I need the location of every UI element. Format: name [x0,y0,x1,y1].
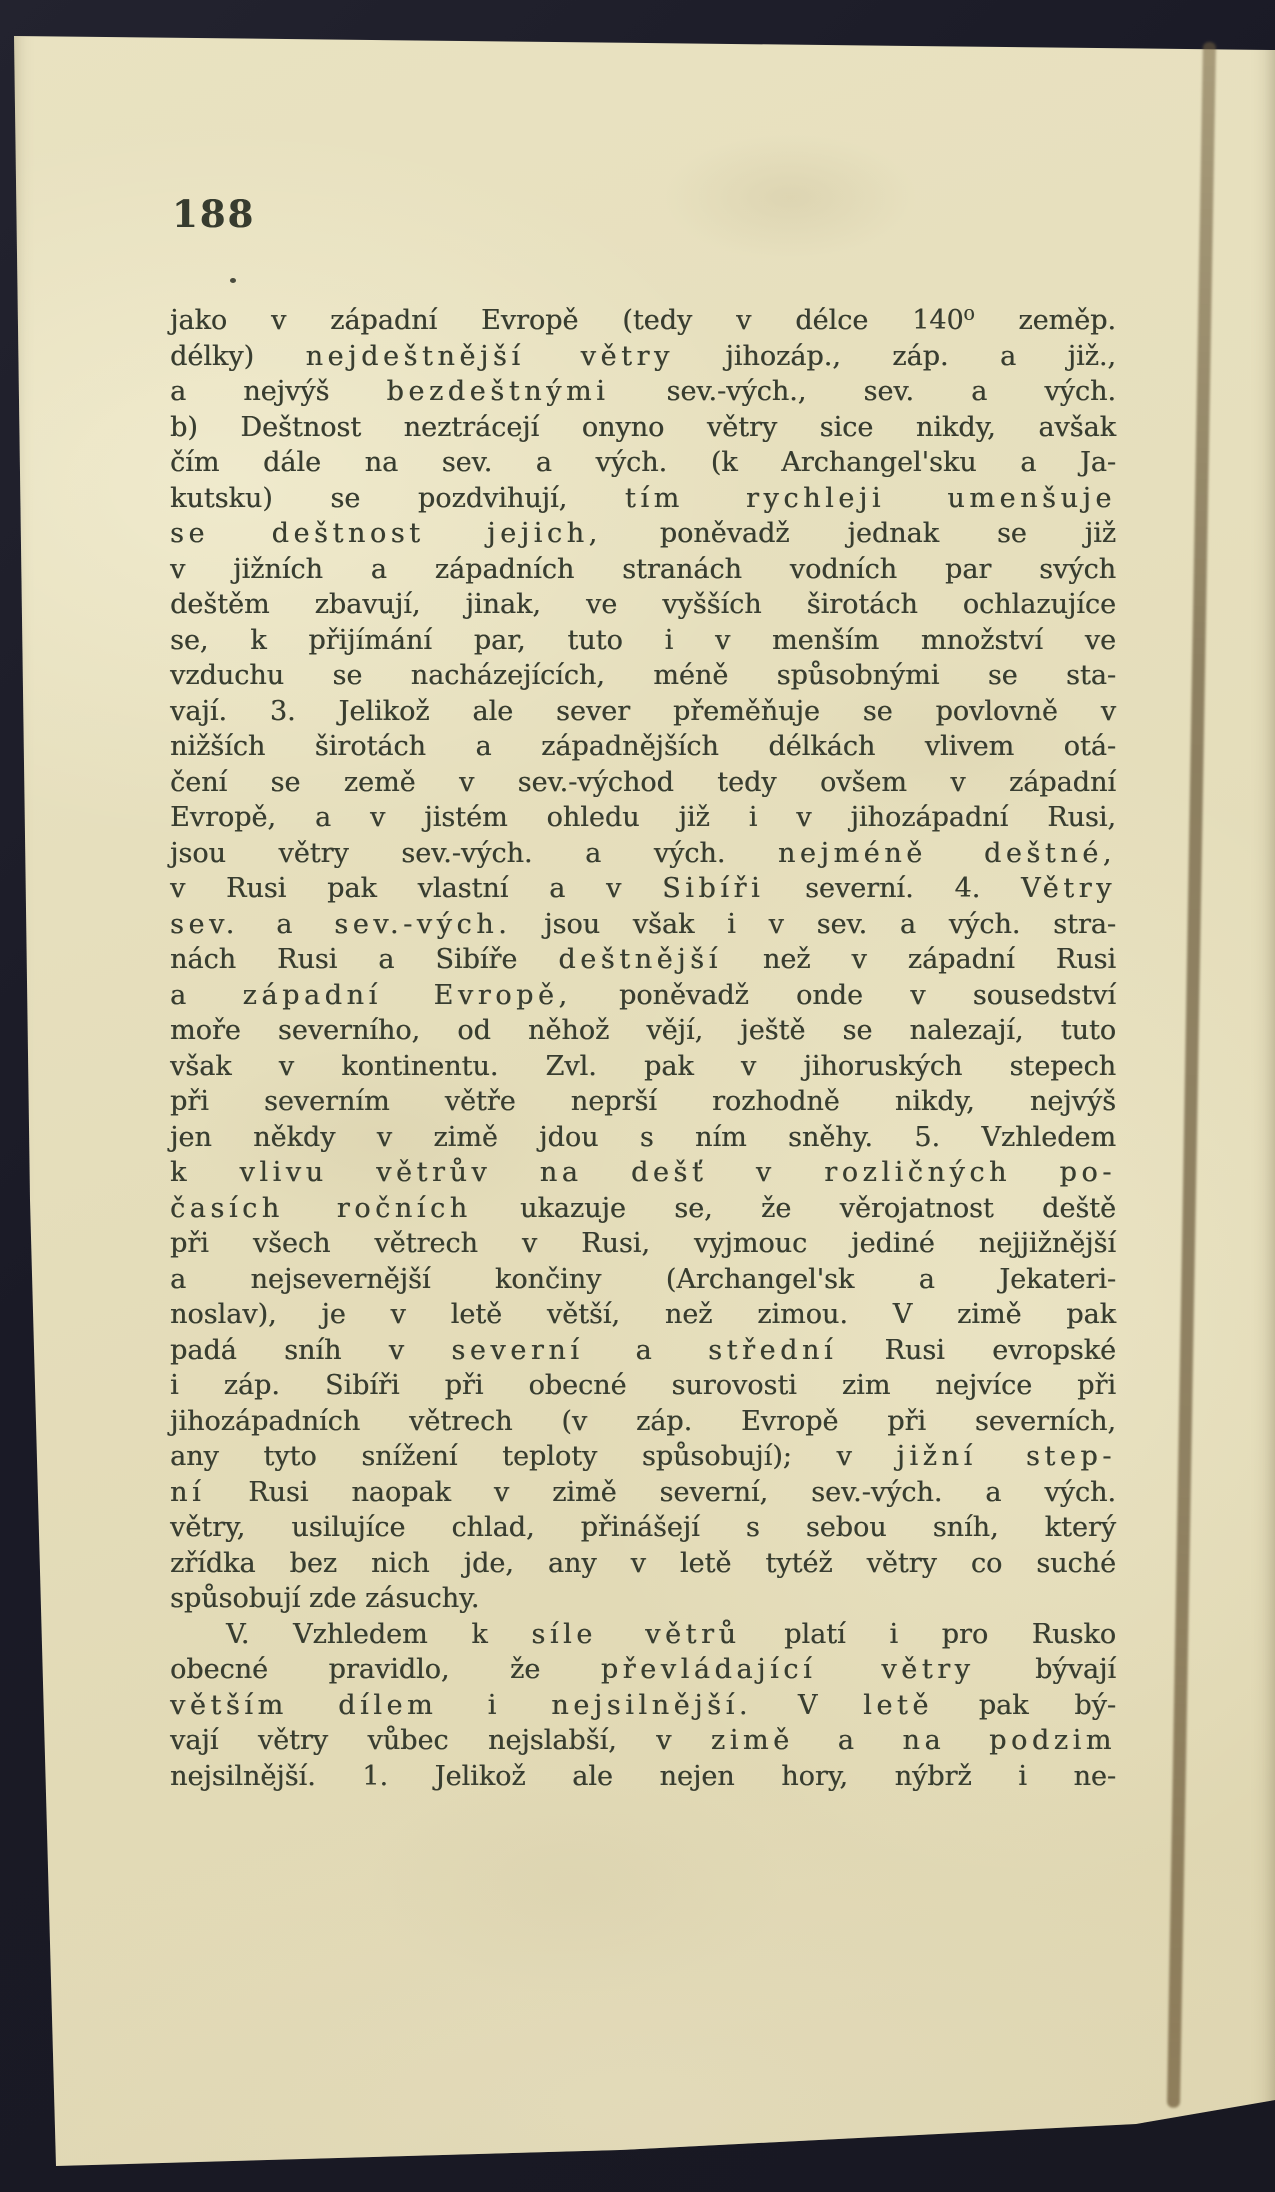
text-line: vají. 3. Jelikož ale sever přeměňuje se … [170,694,1116,730]
scanned-book-spread: 188 jako v západní Evropě (tedy v délce … [0,0,1275,2192]
plain-text: jsou však i v sev. a vých. stra- [511,909,1116,940]
text-line: jihozápadních větrech (v záp. Evropě při… [170,1404,1116,1440]
text-line: větším dílem i nejsilnější. V letě pak b… [170,1688,1116,1724]
spaced-emphasis: větším dílem i nejsilnější. [170,1690,752,1721]
plain-text: čím dále na sev. a vých. (k Archangel'sk… [170,447,1116,478]
text-line: čím dále na sev. a vých. (k Archangel'sk… [170,445,1116,481]
text-line: délky) nejdeštnější větry jihozáp., záp.… [170,339,1116,375]
text-line: k vlivu větrův na dešť v rozličných po- [170,1155,1116,1191]
text-line: deštěm zbavují, jinak, ve vyšších širotá… [170,587,1116,623]
text-line: v Rusi pak vlastní a v Sibíři severní. 4… [170,871,1116,907]
page-number: 188 [172,192,255,236]
text-line: padá sníh v severní a střední Rusi evrop… [170,1333,1116,1369]
text-line: vzduchu se nacházejících, méně spůsobným… [170,658,1116,694]
plain-text: pak bý- [933,1690,1116,1721]
spaced-emphasis: ní [170,1477,205,1508]
text-line: b) Deštnost neztrácejí onyno větry sice … [170,410,1116,446]
text-line: kutsku) se pozdvihují, tím rychleji umen… [170,481,1116,517]
plain-text: Evropě, a v jistém ohledu již i v jihozá… [170,802,1116,833]
spaced-emphasis: deštnější [558,944,722,975]
plain-text: než v západní Rusi [722,944,1116,975]
plain-text: nách Rusi a Sibíře [170,944,558,975]
plain-text: však v kontinentu. Zvl. pak v jihoruskýc… [170,1051,1116,1082]
text-line: jsou větry sev.-vých. a vých. nejméně de… [170,836,1116,872]
plain-text: moře severního, od něhož vějí, ještě se … [170,1015,1116,1046]
plain-text: obecné pravidlo, že [170,1654,601,1685]
spaced-emphasis: časích ročních [170,1193,472,1224]
text-line: nižších širotách a západnějších délkách … [170,729,1116,765]
plain-text: V [752,1690,863,1721]
text-line: při severním větře neprší rozhodně nikdy… [170,1084,1116,1120]
plain-text: deštěm zbavují, jinak, ve vyšších širotá… [170,589,1116,620]
plain-text: i záp. Sibíři při obecné surovosti zim n… [170,1370,1116,1401]
spaced-emphasis: Větry [1021,873,1116,904]
text-line: i záp. Sibíři při obecné surovosti zim n… [170,1368,1116,1404]
text-line: sev. a sev.-vých. jsou však i v sev. a v… [170,907,1116,943]
plain-text: spůsobují zde zásuchy. [170,1583,479,1614]
plain-text: a nejvýš [170,376,387,407]
plain-text: a nejsevernější končiny (Archangel'sk a … [170,1264,1116,1295]
plain-text: jihozáp., záp. a již., [674,341,1116,372]
plain-text: jsou větry sev.-vých. a vých. [170,838,778,869]
plain-text: b) Deštnost neztrácejí onyno větry sice … [170,412,1116,443]
spaced-emphasis: a západní Evropě, [170,980,572,1011]
spaced-emphasis: se deštnost jejich, [170,518,602,549]
ink-speck [230,278,236,283]
text-line: Evropě, a v jistém ohledu již i v jihozá… [170,800,1116,836]
plain-text: poněvadž onde v sousedství [572,980,1116,1011]
plain-text: jihozápadních větrech (v záp. Evropě při… [170,1406,1116,1437]
plain-text: se, k přijímání par, tuto i v menším mno… [170,625,1116,656]
plain-text: severní. 4. [764,873,1021,904]
plain-text: v jižních a západních stranách vodních p… [170,554,1116,585]
spaced-emphasis: Sibíři [662,873,764,904]
plain-text: noslav), je v letě větší, než zimou. V z… [170,1299,1116,1330]
text-line: při všech větrech v Rusi, vyjmouc jediné… [170,1226,1116,1262]
plain-text: čení se země v sev.-východ tedy ovšem v … [170,767,1116,798]
text-line: se, k přijímání par, tuto i v menším mno… [170,623,1116,659]
spaced-emphasis: severní a střední [451,1335,837,1366]
spaced-emphasis: tím rychleji umenšuje [625,483,1116,514]
plain-text: any tyto snížení teploty spůsobují); v [170,1441,896,1472]
text-line: nách Rusi a Sibíře deštnější než v západ… [170,942,1116,978]
text-line: vají větry vůbec nejslabší, v zimě a na … [170,1723,1116,1759]
spaced-emphasis: převládající větry [601,1654,975,1685]
text-line: však v kontinentu. Zvl. pak v jihoruskýc… [170,1049,1116,1085]
text-line: zřídka bez nich jde, any v letě tytéž vě… [170,1546,1116,1582]
text-line: V. Vzhledem k síle větrů platí i pro Rus… [170,1617,1116,1653]
plain-text: poněvadž jednak se již [602,518,1116,549]
text-line: any tyto snížení teploty spůsobují); v j… [170,1439,1116,1475]
spaced-emphasis: nejdeštnější větry [306,341,674,372]
plain-text: zřídka bez nich jde, any v letě tytéž vě… [170,1548,1116,1579]
text-line: jako v západní Evropě (tedy v délce 140⁰… [170,303,1116,339]
text-line: větry, usilujíce chlad, přinášejí s sebo… [170,1510,1116,1546]
plain-text: kutsku) se pozdvihují, [170,483,625,514]
text-line: a nejsevernější končiny (Archangel'sk a … [170,1262,1116,1298]
spaced-emphasis: k vlivu větrův na dešť v rozličných po- [170,1157,1116,1188]
plain-text: nižších širotách a západnějších délkách … [170,731,1116,762]
plain-text: ukazuje se, že věrojatnost deště [472,1193,1116,1224]
plain-text: padá sníh v [170,1335,451,1366]
plain-text: jen někdy v zimě jdou s ním sněhy. 5. Vz… [170,1122,1116,1153]
text-line: a nejvýš bezdeštnými sev.-vých., sev. a … [170,374,1116,410]
text-line: nejsilnější. 1. Jelikož ale nejen hory, … [170,1759,1116,1795]
plain-text: jako v západní Evropě (tedy v délce 140⁰… [170,305,1116,336]
text-line: časích ročních ukazuje se, že věrojatnos… [170,1191,1116,1227]
text-line: ní Rusi naopak v zimě severní, sev.-vých… [170,1475,1116,1511]
plain-text: při severním větře neprší rozhodně nikdy… [170,1086,1116,1117]
text-line: obecné pravidlo, že převládající větry b… [170,1652,1116,1688]
spaced-emphasis: bezdeštnými [387,376,610,407]
text-line: noslav), je v letě větší, než zimou. V z… [170,1297,1116,1333]
plain-text: bývají [975,1654,1116,1685]
spaced-emphasis: jižní step- [896,1441,1116,1472]
plain-text: Rusi naopak v zimě severní, sev.-vých. a… [205,1477,1116,1508]
plain-text: délky) [170,341,306,372]
spaced-emphasis: letě [863,1690,933,1721]
plain-text: vají větry vůbec nejslabší, v [170,1725,711,1756]
spaced-emphasis: nejméně deštné, [778,838,1116,869]
text-block: jako v západní Evropě (tedy v délce 140⁰… [170,303,1116,1794]
spaced-emphasis: síle větrů [531,1619,740,1650]
text-line: moře severního, od něhož vějí, ještě se … [170,1013,1116,1049]
plain-text: sev.-vých., sev. a vých. [609,376,1116,407]
plain-text: v Rusi pak vlastní a v [170,873,662,904]
text-line: čení se země v sev.-východ tedy ovšem v … [170,765,1116,801]
spaced-emphasis: sev. a sev.-vých. [170,909,511,940]
plain-text: vají. 3. Jelikož ale sever přeměňuje se … [170,696,1116,727]
plain-text: při všech větrech v Rusi, vyjmouc jediné… [170,1228,1116,1259]
text-line: a západní Evropě, poněvadž onde v soused… [170,978,1116,1014]
text-line: jen někdy v zimě jdou s ním sněhy. 5. Vz… [170,1120,1116,1156]
plain-text: vzduchu se nacházejících, méně spůsobným… [170,660,1116,691]
text-line: v jižních a západních stranách vodních p… [170,552,1116,588]
plain-text: V. Vzhledem k [226,1619,531,1650]
plain-text: platí i pro Rusko [740,1619,1116,1650]
text-line: se deštnost jejich, poněvadž jednak se j… [170,516,1116,552]
spaced-emphasis: zimě a na podzim [711,1725,1116,1756]
text-line: spůsobují zde zásuchy. [170,1581,1116,1617]
plain-text: větry, usilujíce chlad, přinášejí s sebo… [170,1512,1116,1543]
plain-text: nejsilnější. 1. Jelikož ale nejen hory, … [170,1761,1116,1792]
plain-text: Rusi evropské [837,1335,1116,1366]
